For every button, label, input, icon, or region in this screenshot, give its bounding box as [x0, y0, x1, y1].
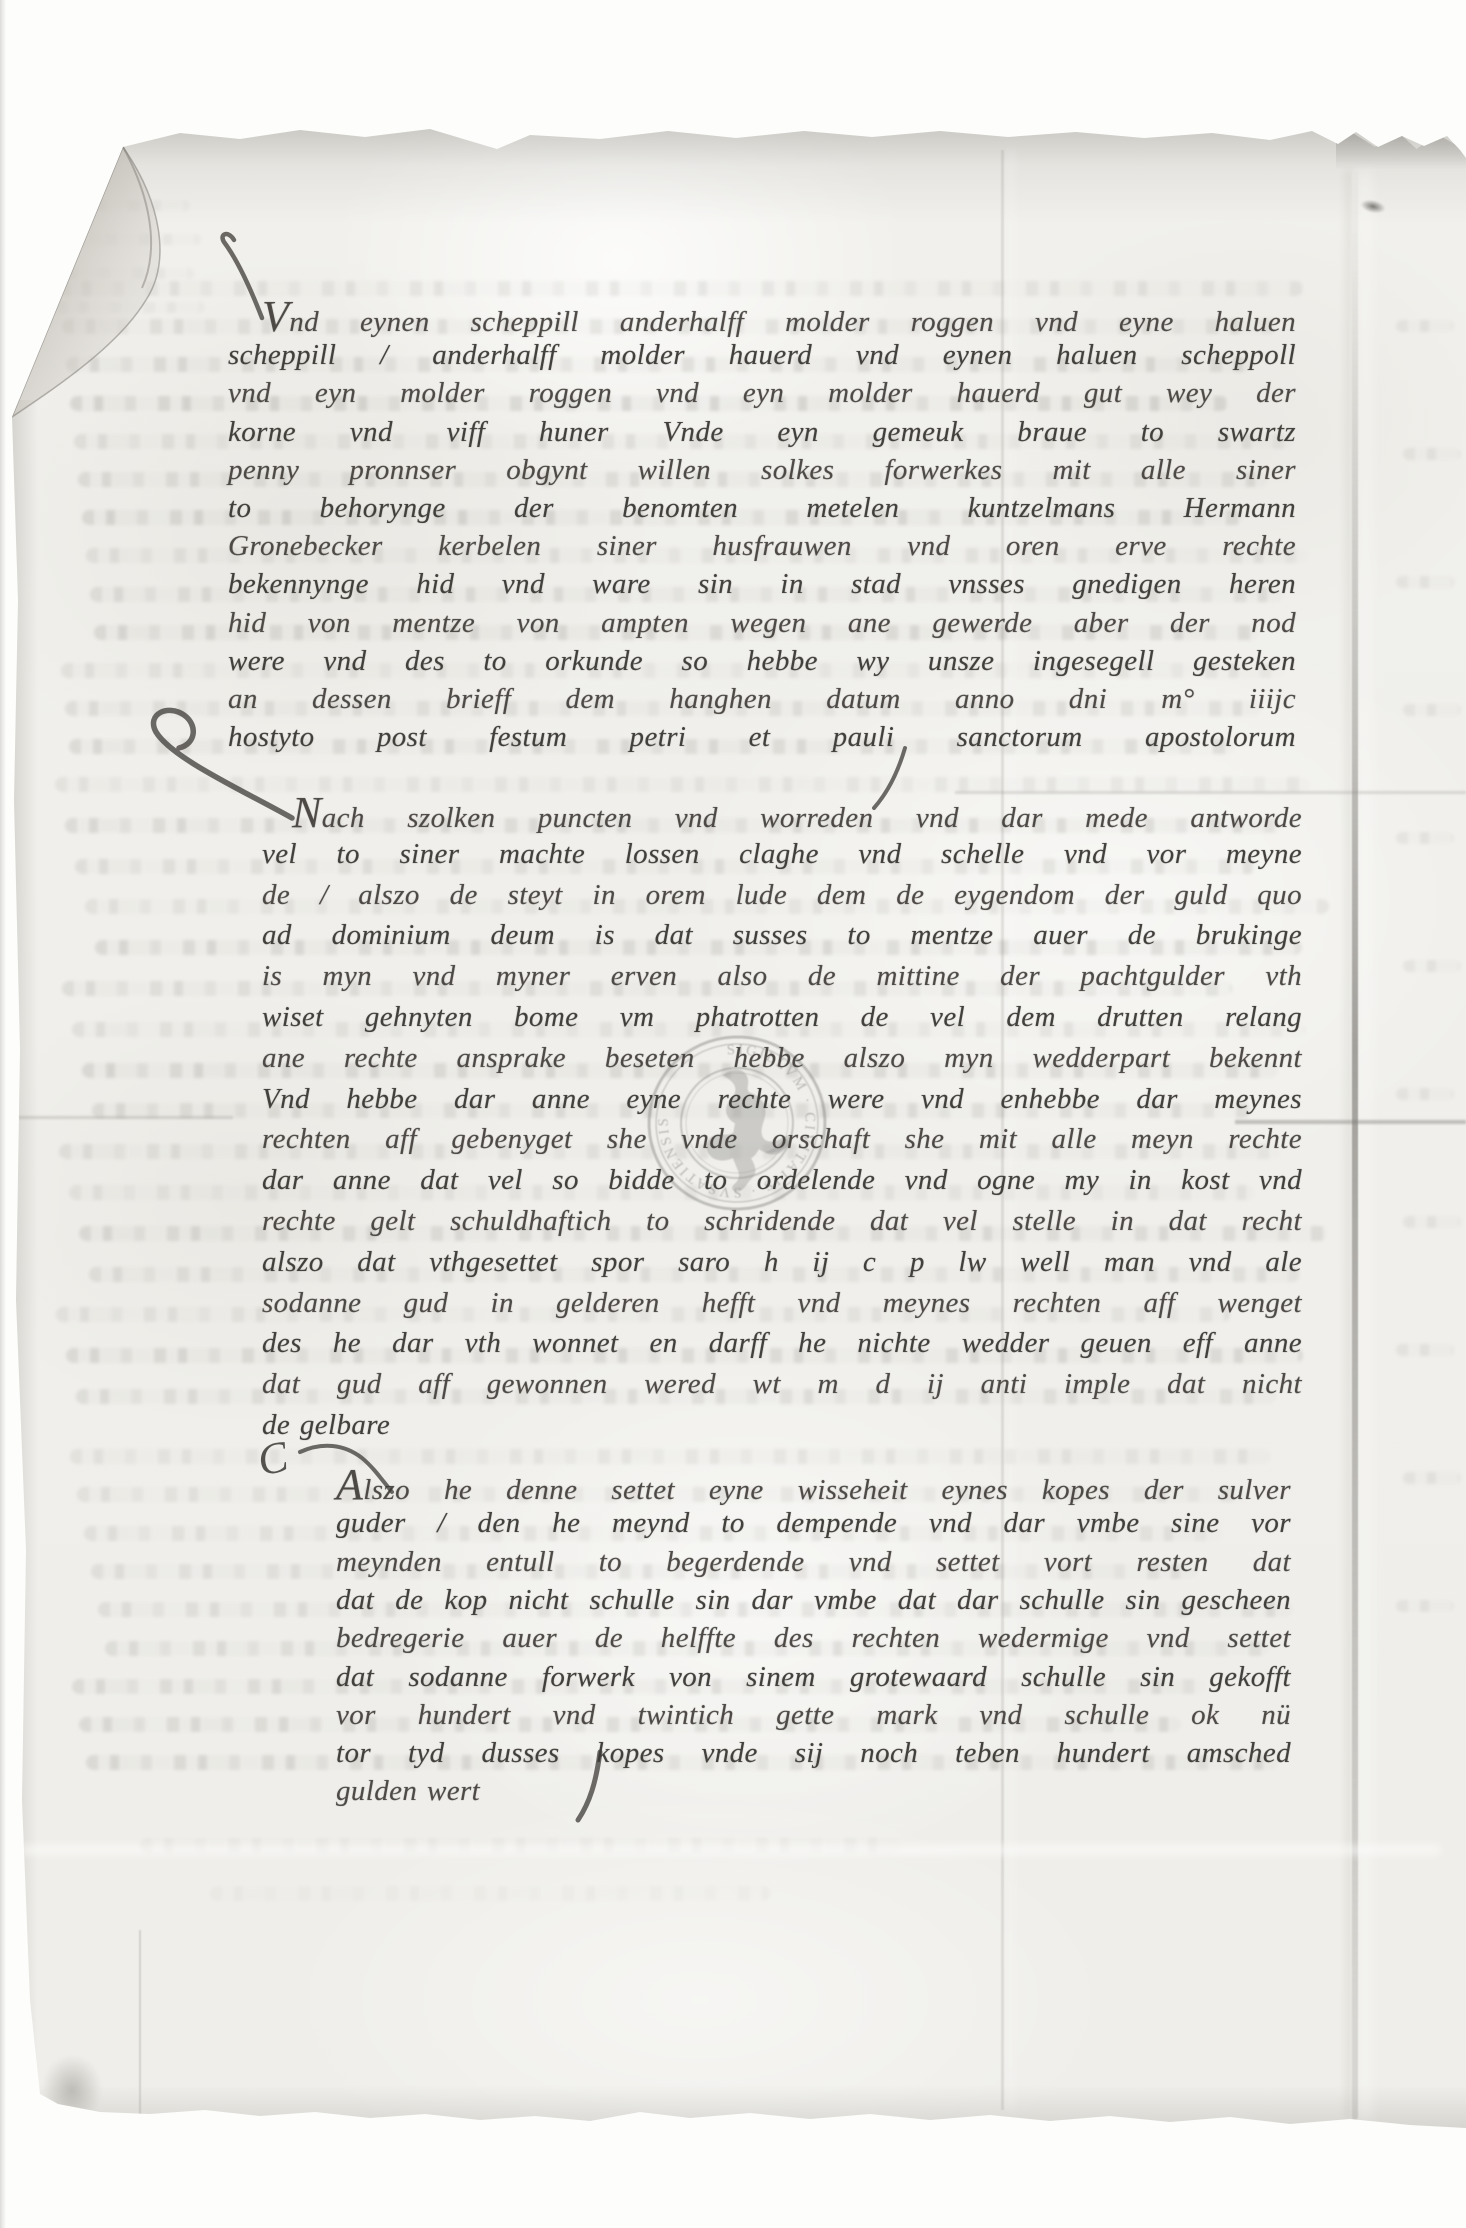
manuscript-line: rechte gelt schuldhaftich to schridende … [262, 1204, 1302, 1238]
ghost-text-strip [58, 281, 1303, 296]
ghost-text-strip [1396, 576, 1454, 588]
paper-sheet: SIGILLVM · CIVITATIS · SVSATIENSIS · Vnd… [0, 0, 1466, 2228]
manuscript-line: rechten aff gebenyget she vnde orschaft … [262, 1122, 1302, 1156]
manuscript-line: is myn vnd myner erven also de mittine d… [262, 959, 1302, 993]
ghost-text-strip [70, 1449, 1270, 1464]
ghost-text-strip [1403, 1216, 1461, 1228]
manuscript-line: dar anne dat vel so bidde to ordelende v… [262, 1163, 1302, 1197]
ghost-text-strip [40, 200, 190, 211]
manuscript-line: bedregerie auer de helffte des rechten w… [336, 1621, 1291, 1655]
manuscript-line: meynden entull to begerdende vnd settet … [336, 1545, 1291, 1579]
manuscript-line: bekennynge hid vnd ware sin in stad vnss… [228, 567, 1296, 601]
vertical-fold-crease [1352, 170, 1358, 2120]
manuscript-line: Vnd hebbe dar anne eyne rechte were vnd … [262, 1082, 1302, 1116]
capital-v-flourish [223, 234, 262, 318]
manuscript-line: alszo dat vthgesettet spor saro h ij c p… [262, 1245, 1302, 1279]
manuscript-line: to behorynge der benomten metelen kuntze… [228, 491, 1296, 525]
horizontal-fold-crease-left [18, 1116, 233, 1119]
manuscript-line: hid von mentze von ampten wegen ane gewe… [228, 606, 1296, 640]
ghost-text-strip [210, 1886, 770, 1901]
scanner-edge-shadow [0, 0, 6, 2228]
ghost-text-strip [44, 268, 194, 279]
manuscript-line: dat de kop nicht schulle sin dar vmbe da… [336, 1583, 1291, 1617]
manuscript-line: penny pronnser obgynt willen solkes forw… [228, 453, 1296, 487]
manuscript-line: scheppill / anderhalff molder hauerd vnd… [228, 338, 1296, 372]
ghost-text-strip [1396, 320, 1454, 332]
manuscript-line: vnd eyn molder roggen vnd eyn molder hau… [228, 376, 1296, 410]
manuscript-line: Alszo he denne settet eyne wisseheit eyn… [336, 1468, 1291, 1507]
manuscript-line: hostyto post festum petri et pauli sanct… [228, 720, 1296, 754]
ghost-text-strip [1403, 704, 1461, 716]
bottom-edge-shadow [0, 2085, 1466, 2130]
manuscript-line: vor hundert vnd twintich gette mark vnd … [336, 1698, 1291, 1732]
manuscript-scan: SIGILLVM · CIVITATIS · SVSATIENSIS · Vnd… [0, 0, 1466, 2228]
ghost-text-strip [55, 302, 205, 313]
ghost-text-strip [1396, 832, 1454, 844]
manuscript-line: vel to siner machte lossen claghe vnd sc… [262, 837, 1302, 871]
manuscript-line: wiset gehnyten bome vm phatrotten de vel… [262, 1000, 1302, 1034]
horizontal-fold-crease-upper [955, 791, 1466, 794]
ghost-text-strip [1396, 1344, 1454, 1356]
manuscript-line: dat gud aff gewonnen wered wt m d ij ant… [262, 1367, 1302, 1401]
ghost-text-strip [1403, 448, 1461, 460]
manuscript-line: tor tyd dusses kopes vnde sij noch teben… [336, 1736, 1291, 1770]
manuscript-line: sodanne gud in gelderen hefft vnd meynes… [262, 1286, 1302, 1320]
bottom-edge-spot [190, 2112, 230, 2127]
ghost-text-strip [1396, 1088, 1454, 1100]
manuscript-line: Vnd eynen scheppill anderhalff molder ro… [262, 300, 1296, 339]
horizontal-light-band [20, 1845, 1440, 1855]
ghost-text-strip [51, 234, 201, 245]
manuscript-line: des he dar vth wonnet en darff he nichte… [262, 1326, 1302, 1360]
manuscript-line: korne vnd viff huner Vnde eyn gemeuk bra… [228, 415, 1296, 449]
manuscript-line: guder / den he meynd to dempende vnd dar… [336, 1506, 1291, 1540]
vertical-crease-bottom [139, 1930, 141, 2125]
ghost-text-strip [55, 777, 1310, 792]
manuscript-line: Gronebecker kerbelen siner husfrauwen vn… [228, 529, 1296, 563]
manuscript-line: gulden wert [336, 1774, 480, 1808]
ghost-text-strip [1403, 960, 1461, 972]
manuscript-line: Nach szolken puncten vnd worreden vnd da… [292, 796, 1302, 835]
ghost-text-strip [1396, 1600, 1454, 1612]
manuscript-line: de / alszo de steyt in orem lude dem de … [262, 878, 1302, 912]
manuscript-line: ad dominium deum is dat susses to mentze… [262, 918, 1302, 952]
manuscript-line: were vnd des to orkunde so hebbe wy unsz… [228, 644, 1296, 678]
manuscript-line: an dessen brieff dem hanghen datum anno … [228, 682, 1296, 716]
manuscript-line: dat sodanne forwerk von sinem grotewaard… [336, 1660, 1291, 1694]
bottom-left-corner-stain [42, 2055, 102, 2125]
manuscript-line: ane rechte ansprake beseten hebbe alszo … [262, 1041, 1302, 1075]
top-edge-shadow [0, 128, 1466, 223]
ghost-text-strip [1403, 1472, 1461, 1484]
